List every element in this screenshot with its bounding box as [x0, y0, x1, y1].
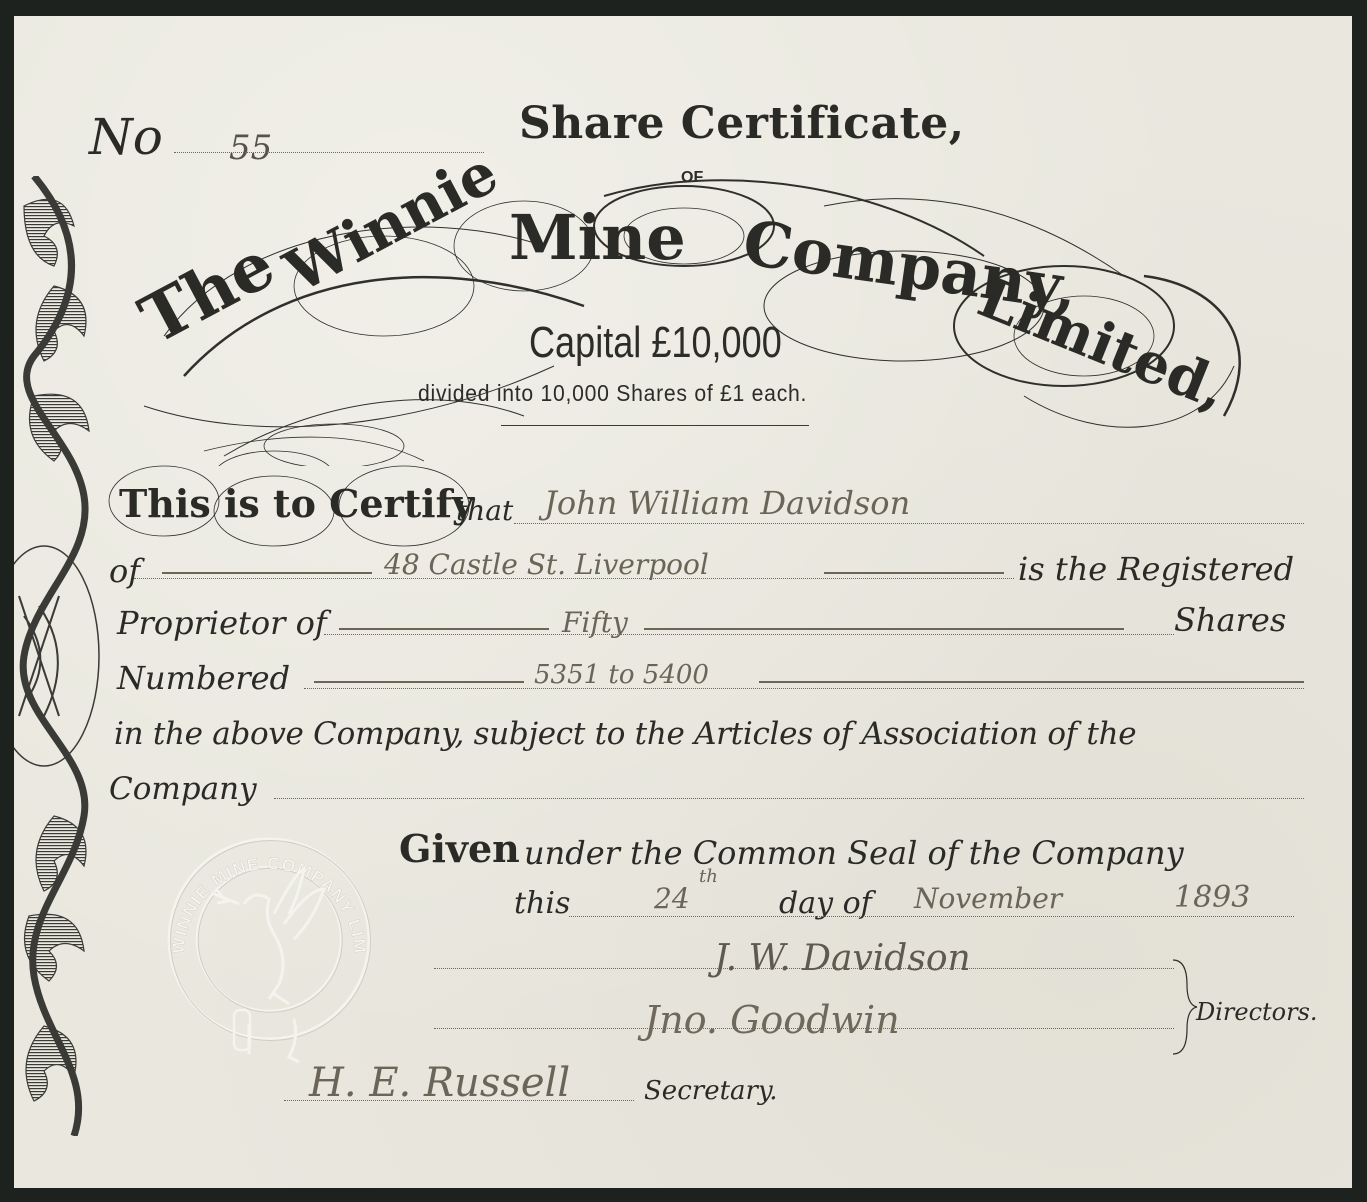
- company-seal: WINNIE MINE COMPANY LIMITED: [154, 824, 384, 1064]
- directors-label: Directors.: [1196, 998, 1318, 1026]
- certificate-heading: Share Certificate,: [519, 98, 965, 149]
- share-certificate: No 55 Share Certificate, OF The Winnie: [14, 16, 1352, 1188]
- address-dash-left: [162, 572, 372, 574]
- address-dash-right: [824, 572, 1004, 574]
- company-name-mine: Mine: [509, 201, 686, 274]
- divider: [501, 425, 809, 426]
- proprietor-label: Proprietor of: [117, 604, 327, 642]
- director1-signature: J. W. Davidson: [714, 938, 971, 979]
- svg-text:WINNIE MINE COMPANY LIMITED: WINNIE MINE COMPANY LIMITED: [154, 824, 369, 955]
- holder-name: John William Davidson: [544, 484, 910, 522]
- subject-text: in the above Company, subject to the Art…: [114, 716, 1136, 752]
- of-label-address: of: [109, 552, 140, 590]
- secretary-label: Secretary.: [644, 1076, 777, 1106]
- secretary-line: [284, 1100, 634, 1101]
- year-value: 1893: [1174, 880, 1250, 915]
- share-range: 5351 to 5400: [534, 660, 709, 690]
- certify-label: This is to Certify: [119, 481, 474, 526]
- day-suffix: th: [699, 866, 718, 887]
- company-line: [274, 798, 1304, 799]
- numbered-dash-right: [759, 681, 1304, 683]
- address-line: [134, 578, 1014, 579]
- holder-line: [514, 523, 1304, 524]
- numbered-dash-left: [314, 681, 524, 683]
- that-label: that: [456, 494, 513, 527]
- liver-bird-icon: [214, 869, 324, 1004]
- this-label: this: [514, 886, 570, 921]
- shares-line: [324, 634, 1174, 635]
- month-value: November: [914, 882, 1062, 915]
- registered-label: is the Registered: [1018, 550, 1294, 588]
- address: 48 Castle St. Liverpool: [384, 548, 709, 581]
- capital-division: divided into 10,000 Shares of £1 each.: [418, 380, 807, 407]
- capital-amount: Capital £10,000: [529, 318, 782, 368]
- number-line: [174, 152, 484, 153]
- shares-dash-right: [644, 628, 1124, 630]
- company-word: Company: [109, 771, 257, 807]
- shares-dash-left: [339, 628, 549, 630]
- certificate-number: 55: [229, 128, 272, 168]
- date-line: [569, 916, 1294, 917]
- director2-signature: Jno. Goodwin: [644, 998, 900, 1042]
- number-label: No: [89, 112, 163, 162]
- numbered-label: Numbered: [117, 659, 290, 697]
- shares-label: Shares: [1174, 601, 1286, 639]
- ornamental-border-icon: [14, 176, 134, 1136]
- numbered-line: [304, 688, 1304, 689]
- brace-icon: [1169, 956, 1199, 1056]
- day-value: 24: [654, 882, 690, 915]
- seal-text: under the Common Seal of the Company: [524, 834, 1184, 872]
- given-label: Given: [399, 826, 520, 871]
